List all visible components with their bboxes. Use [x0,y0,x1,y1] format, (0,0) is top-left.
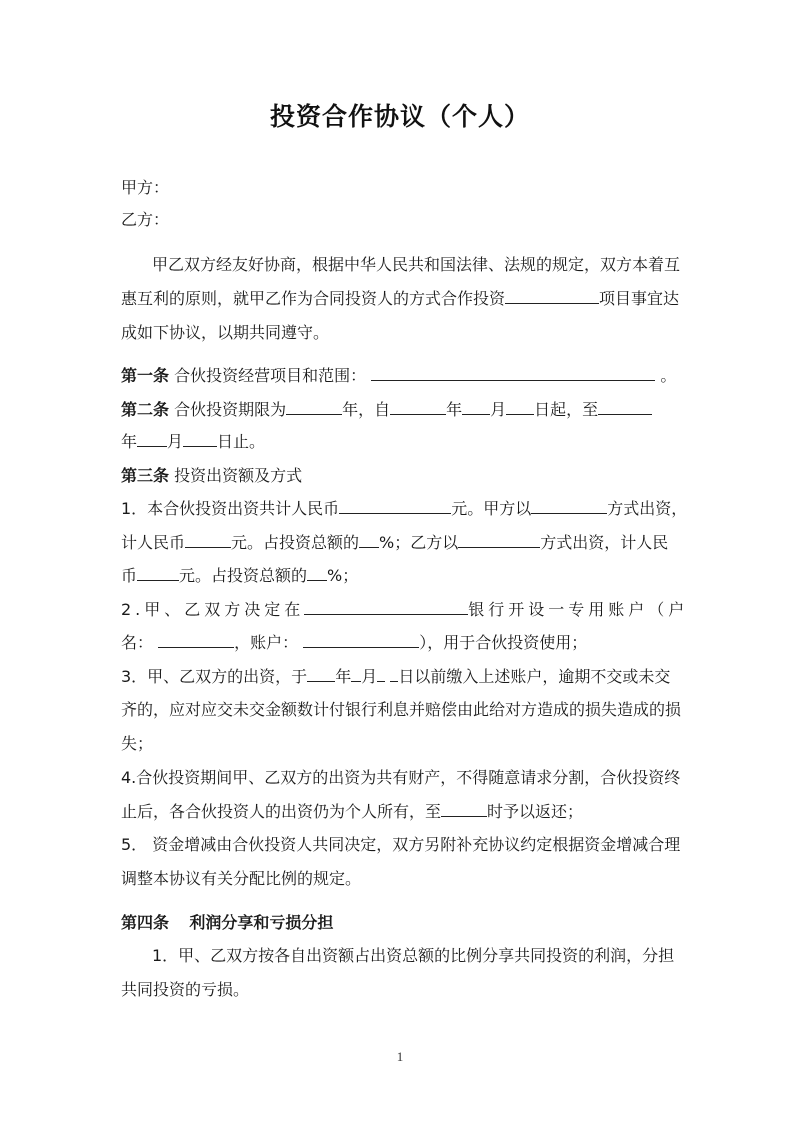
start-day-blank[interactable] [506,400,534,415]
clause-text: 月 [361,667,377,686]
clause-text: 元。占投资总额的 [179,566,307,585]
article-2-line-2: 年月日止。 [121,432,265,452]
party-a-label: 甲方： [121,178,169,198]
clause-text: 方式出资，计人民 [540,533,668,552]
clause-text: 方式出资， [607,499,687,518]
clause-text: 币 [121,566,137,585]
clause-text: 元。占投资总额的 [231,533,359,552]
clause-text: 3．甲、乙双方的出资，于 [121,667,307,686]
clause-text: ），用于合伙投资使用； [419,633,587,652]
clause-text: 日以前缴入上述账户，逾期不交或未交 [398,667,670,686]
total-investment-blank[interactable] [339,499,451,514]
article-3-item-5-line-2: 调整本协议有关分配比例的规定。 [121,869,361,889]
preamble-line-2: 惠互利的原则，就甲乙作为合同投资人的方式合作投资项目事宜达 [121,289,679,309]
party-a-method-blank[interactable] [531,499,607,514]
preamble-text: 项目事宜达 [599,289,679,308]
article-3-item-1-line-1: 1．本合伙投资出资共计人民币元。甲方以方式出资， [121,499,687,519]
article-heading: 第四条 [121,913,169,932]
term-years-blank[interactable] [286,400,342,415]
article-3-item-2-line-2: 名： ，账户： ），用于合伙投资使用； [121,633,587,653]
article-3-item-5-line-1: 5． 资金增减由合伙投资人共同决定，双方另附补充协议约定根据资金增减合理 [121,835,680,855]
preamble-line-1: 甲乙双方经友好协商，根据中华人民共和国法律、法规的规定，双方本着互 [152,255,680,275]
deposit-day-blank-a[interactable] [377,667,385,682]
party-b-percent-blank[interactable] [307,566,327,581]
party-b-method-blank[interactable] [458,533,540,548]
article-3-item-1-line-3: 币元。占投资总额的%； [121,566,358,586]
article-3-item-3-line-1: 3．甲、乙双方的出资，于年月 日以前缴入上述账户，逾期不交或未交 [121,667,670,687]
article-title: 利润分享和亏损分担 [189,913,333,932]
article-text: 。 [660,366,676,385]
article-heading: 第二条 [121,400,169,419]
article-text: 日止。 [217,432,265,451]
return-time-blank[interactable] [441,802,487,817]
article-text: 年 [121,432,137,451]
article-1: 第一条 合伙投资经营项目和范围： 。 [121,366,676,386]
start-month-blank[interactable] [462,400,490,415]
clause-text: 计人民币 [121,533,185,552]
party-b-amount-blank[interactable] [137,566,179,581]
clause-text: %； [327,566,358,585]
start-year-blank[interactable] [390,400,446,415]
article-3-item-4-line-2: 止后，各合伙投资人的出资仍为个人所有，至时予以返还； [121,802,583,822]
clause-text: 年 [335,667,351,686]
article-text: 年，自 [342,400,390,419]
article-3-item-4-line-1: 4.合伙投资期间甲、乙双方的出资为共有财产，不得随意请求分割，合伙投资终 [121,768,680,788]
clause-text: 元。甲方以 [451,499,531,518]
account-number-blank[interactable] [303,633,419,648]
article-heading: 第三条 [121,466,169,485]
deposit-year-blank[interactable] [307,667,335,682]
clause-text: %；乙方以 [379,533,458,552]
article-4-item-1-line-2: 共同投资的亏损。 [121,980,249,1000]
clause-text: 1．本合伙投资出资共计人民币 [121,499,339,518]
clause-text: 2.甲、乙双方决定在 [121,600,304,619]
article-text: 年 [446,400,462,419]
page-number: 1 [0,1049,800,1065]
clause-text: 时予以返还； [487,802,583,821]
end-day-blank[interactable] [183,432,217,447]
party-b-label: 乙方： [121,210,169,230]
clause-text: ，账户： [234,633,298,652]
deposit-month-blank[interactable] [351,667,361,682]
article-3-heading: 第三条 投资出资额及方式 [121,466,302,486]
article-3-item-1-line-2: 计人民币元。占投资总额的%；乙方以方式出资，计人民 [121,533,668,553]
article-4-heading: 第四条 利润分享和亏损分担 [121,913,333,933]
end-month-blank[interactable] [137,432,167,447]
article-title: 投资出资额及方式 [174,466,302,485]
clause-text: 银行开设一专用账户（户 [468,600,688,619]
clause-text: 止后，各合伙投资人的出资仍为个人所有，至 [121,802,441,821]
article-3-item-2-line-1: 2.甲、乙双方决定在银行开设一专用账户（户 [121,600,688,620]
article-3-item-3-line-2: 齐的，应对应交未交金额数计付银行利息并赔偿由此给对方造成的损失造成的损 [121,700,681,720]
article-text: 日起，至 [534,400,598,419]
article-4-item-1-line-1: 1．甲、乙双方按各自出资额占出资总额的比例分享共同投资的利润，分担 [152,946,674,966]
project-name-blank[interactable] [505,289,599,304]
article-text: 月 [167,432,183,451]
bank-name-blank[interactable] [304,600,468,615]
party-a-percent-blank[interactable] [359,533,379,548]
article-3-item-3-line-3: 失； [121,734,153,754]
preamble-text: 惠互利的原则，就甲乙作为合同投资人的方式合作投资 [121,289,505,308]
article-text: 合伙投资经营项目和范围： [174,366,366,385]
document-title: 投资合作协议（个人） [0,97,800,133]
article-text: 月 [490,400,506,419]
article-heading: 第一条 [121,366,169,385]
document-page: 投资合作协议（个人） 甲方： 乙方： 甲乙双方经友好协商，根据中华人民共和国法律… [0,0,800,1131]
preamble-line-3: 成如下协议，以期共同遵守。 [121,323,329,343]
article-2-line-1: 第二条 合伙投资期限为年，自年月日起，至 [121,400,652,420]
party-a-amount-blank[interactable] [185,533,231,548]
end-year-blank[interactable] [598,400,652,415]
article-text: 合伙投资期限为 [174,400,286,419]
business-scope-blank[interactable] [371,366,655,381]
clause-text: 名： [121,633,153,652]
account-name-blank[interactable] [158,633,234,648]
